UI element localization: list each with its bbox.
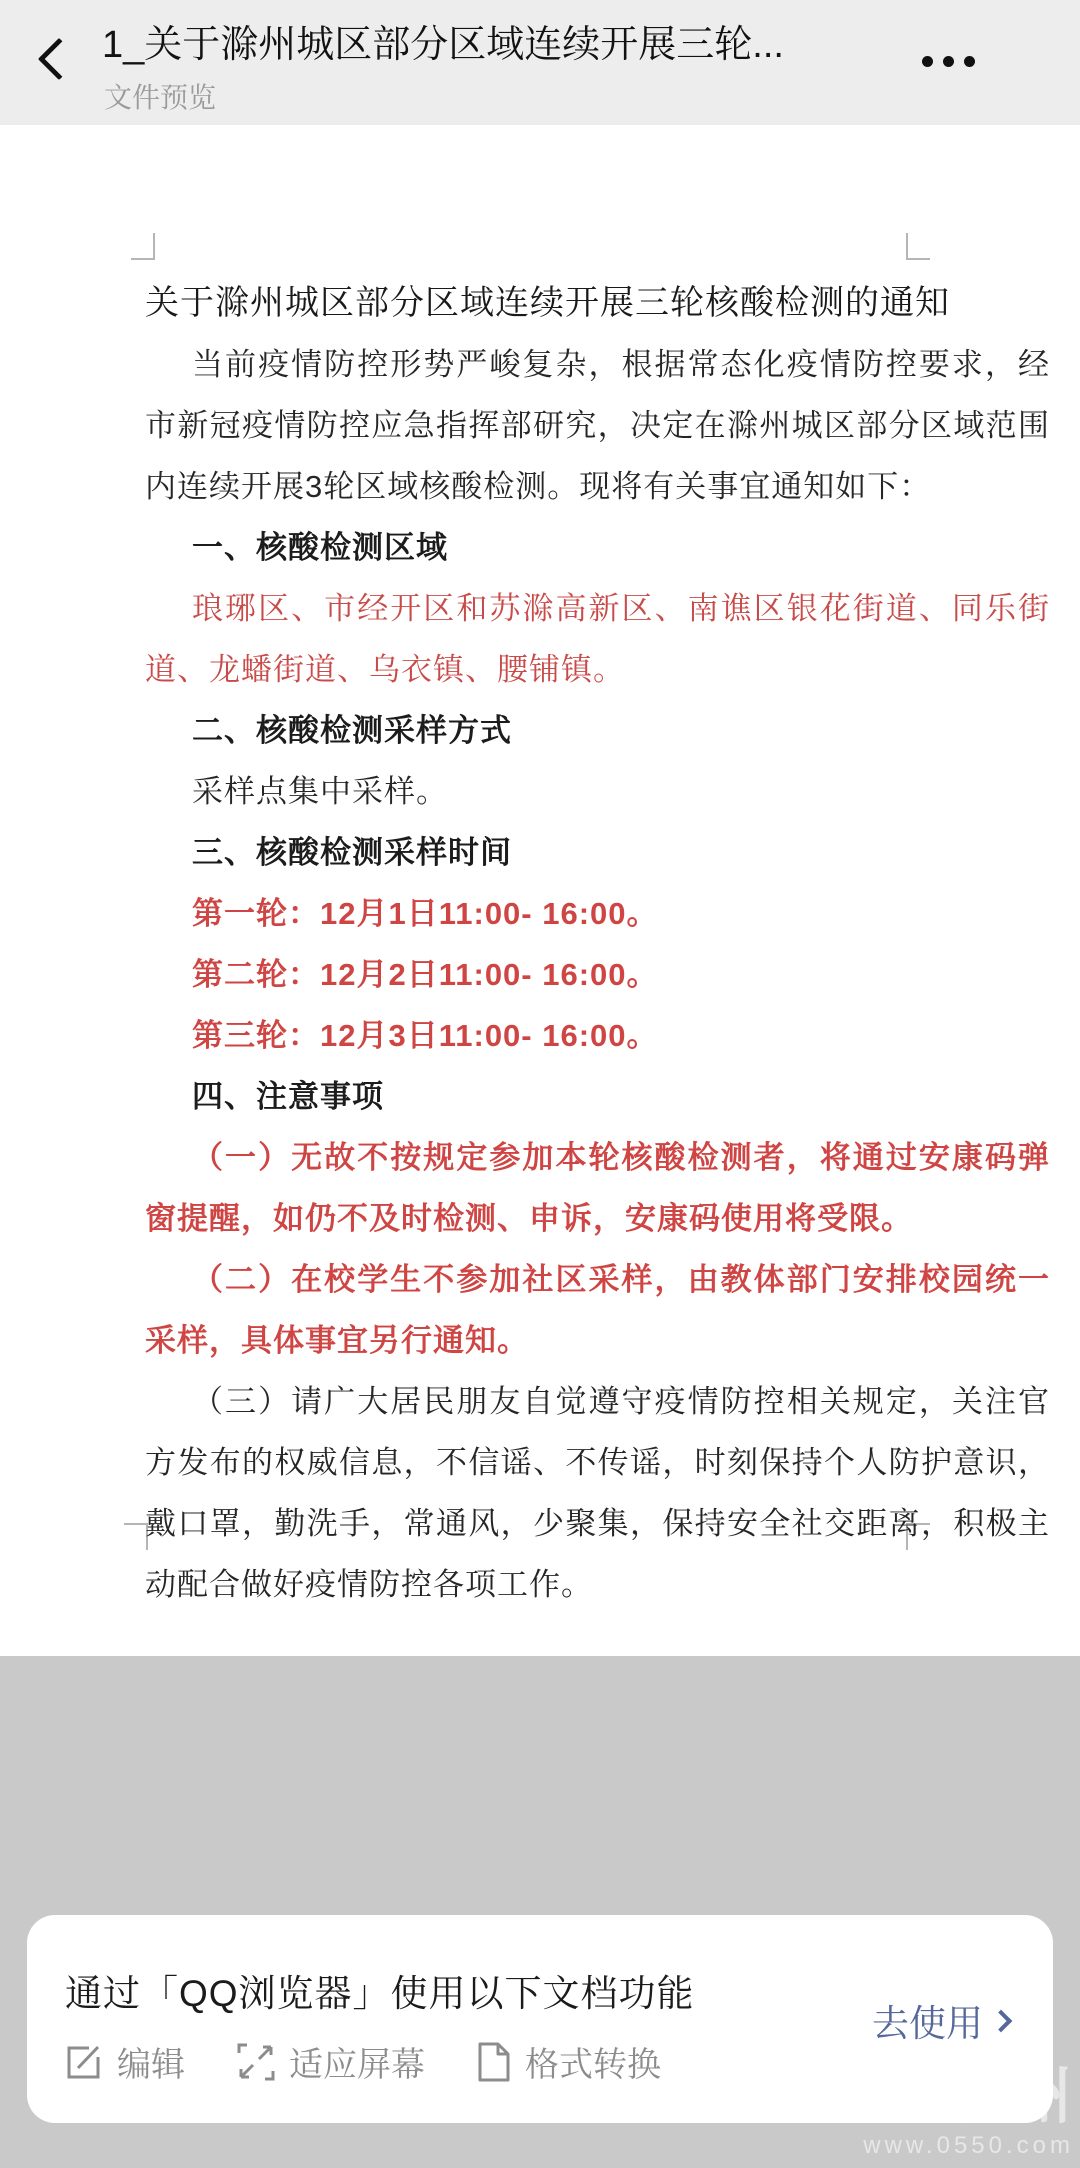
fit-screen-icon xyxy=(237,2043,275,2081)
section-4-heading: 四、注意事项 xyxy=(145,1066,1050,1127)
section-3-heading: 三、核酸检测采样时间 xyxy=(145,822,1050,883)
format-convert-icon xyxy=(477,2042,511,2082)
section-1-heading: 一、核酸检测区域 xyxy=(145,517,1050,578)
ellipsis-dot xyxy=(922,56,933,67)
document-preview[interactable]: 关于滁州城区部分区域连续开展三轮核酸检测的通知 当前疫情防控形势严峻复杂，根据常… xyxy=(0,125,1080,1656)
watermark-url: www.0550.com xyxy=(863,2132,1074,2160)
page-corner-mark xyxy=(131,233,155,260)
ellipsis-dot xyxy=(943,56,954,67)
promo-title: 通过「QQ浏览器」使用以下文档功能 xyxy=(65,1963,695,2017)
feature-edit[interactable]: 编辑 xyxy=(65,2037,185,2086)
back-chevron-icon xyxy=(38,38,80,80)
qq-browser-promo-card: 通过「QQ浏览器」使用以下文档功能 编辑 适应屏幕 xyxy=(27,1915,1053,2123)
go-use-link[interactable]: 去使用 xyxy=(872,1993,1009,2047)
section-2-heading: 二、核酸检测采样方式 xyxy=(145,700,1050,761)
feature-fit-screen[interactable]: 适应屏幕 xyxy=(237,2037,425,2086)
page-corner-mark xyxy=(906,233,930,260)
paragraph-intro: 当前疫情防控形势严峻复杂，根据常态化疫情防控要求，经市新冠疫情防控应急指挥部研究… xyxy=(145,334,1050,517)
round-3-time-red: 第三轮：12月3日11:00- 16:00。 xyxy=(145,1005,1050,1066)
back-button[interactable] xyxy=(30,22,90,102)
edit-icon xyxy=(65,2043,103,2081)
page-subtitle: 文件预览 xyxy=(104,76,216,116)
more-menu-button[interactable] xyxy=(922,40,992,84)
file-preview-screen: 1_关于滁州城区部分区域连续开展三轮... 文件预览 关于滁州城区部分区域连续开… xyxy=(0,0,1080,2168)
round-2-time-red: 第二轮：12月2日11:00- 16:00。 xyxy=(145,944,1050,1005)
section-2-body: 采样点集中采样。 xyxy=(145,761,1050,822)
round-1-time-red: 第一轮：12月1日11:00- 16:00。 xyxy=(145,883,1050,944)
chevron-right-icon xyxy=(990,2010,1013,2033)
feature-label: 格式转换 xyxy=(525,2037,661,2086)
note-2-red: （二）在校学生不参加社区采样，由教体部门安排校园统一采样，具体事宜另行通知。 xyxy=(145,1249,1050,1371)
ellipsis-dot xyxy=(964,56,975,67)
page-title: 1_关于滁州城区部分区域连续开展三轮... xyxy=(102,22,862,68)
note-3: （三）请广大居民朋友自觉遵守疫情防控相关规定，关注官方发布的权威信息，不信谣、不… xyxy=(145,1371,1050,1615)
document-title: 关于滁州城区部分区域连续开展三轮核酸检测的通知 xyxy=(145,273,1050,334)
section-1-regions-red: 琅琊区、市经开区和苏滁高新区、南谯区银花街道、同乐街道、龙蟠街道、乌衣镇、腰铺镇… xyxy=(145,578,1050,700)
feature-label: 编辑 xyxy=(117,2037,185,2086)
go-use-label: 去使用 xyxy=(872,1993,983,2047)
feature-format-convert[interactable]: 格式转换 xyxy=(477,2037,661,2086)
feature-label: 适应屏幕 xyxy=(289,2037,425,2086)
document-body: 关于滁州城区部分区域连续开展三轮核酸检测的通知 当前疫情防控形势严峻复杂，根据常… xyxy=(145,273,1050,1615)
note-1-red: （一）无故不按规定参加本轮核酸检测者，将通过安康码弹窗提醒，如仍不及时检测、申诉… xyxy=(145,1127,1050,1249)
promo-feature-list: 编辑 适应屏幕 格式转换 xyxy=(65,2037,661,2086)
navbar: 1_关于滁州城区部分区域连续开展三轮... 文件预览 xyxy=(0,0,1080,125)
